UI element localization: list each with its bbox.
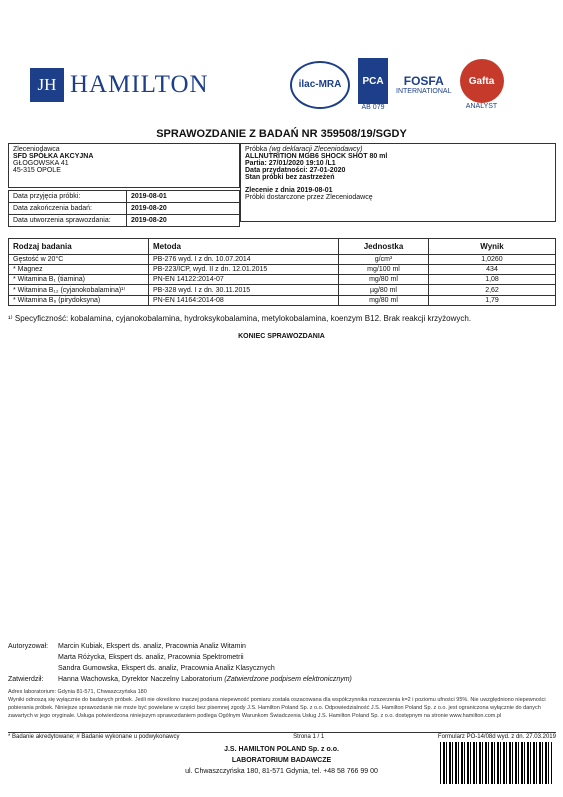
- certification-logos: ilac-MRA PCAAB 079 FOSFAINTERNATIONAL Ga…: [290, 58, 504, 111]
- end-of-report: KONIEC SPRAWOZDANIA: [0, 333, 563, 340]
- page-number: Strona 1 / 1: [293, 734, 324, 740]
- sample-box: Próbka (wg deklaracji Zleceniodawcy) ALL…: [240, 143, 556, 222]
- barcode: [440, 742, 552, 784]
- client-name: SFD SPÓŁKA AKCYJNA: [13, 153, 235, 160]
- client-box: Zleceniodawca SFD SPÓŁKA AKCYJNA GŁOGOWS…: [8, 143, 240, 188]
- footnote: ¹⁾ Specyficzność: kobalamina, cyjanokoba…: [8, 314, 556, 323]
- pca-logo: PCAAB 079: [358, 58, 388, 111]
- table-row: * Witamina B₆ (pirydoksyna)PN-EN 14164:2…: [9, 296, 556, 306]
- sample-name: ALLNUTRITION MGB6 SHOCK SHOT 80 ml: [245, 153, 551, 160]
- fosfa-logo: FOSFAINTERNATIONAL: [396, 74, 452, 95]
- logo-text: HAMILTON: [70, 71, 209, 99]
- table-row: Gęstość w 20°CPB-276 wyd. I z dn. 10.07.…: [9, 255, 556, 265]
- results-table: Rodzaj badania Metoda Jednostka Wynik Gę…: [8, 238, 556, 306]
- table-row: * MagnezPB-223/ICP, wyd. II z dn. 12.01.…: [9, 265, 556, 275]
- legal-disclaimer: Wyniki odnoszą się wyłącznie do badanych…: [8, 696, 556, 720]
- report-title: SPRAWOZDANIE Z BADAŃ NR 359508/19/SGDY: [0, 128, 563, 140]
- hamilton-logo: JH HAMILTON: [30, 68, 209, 102]
- logo-mark: JH: [30, 68, 64, 102]
- table-row: * Witamina B₁₂ (cyjanokobalamina)¹⁾PB-32…: [9, 285, 556, 296]
- gafta-logo: GaftaANALYST: [460, 59, 504, 110]
- ilac-mra-logo: ilac-MRA: [290, 61, 350, 109]
- lab-address: Adres laboratorium: Gdynia 81-571, Chwas…: [8, 688, 556, 696]
- signatures: Autoryzował:Marcin Kubiak, Ekspert ds. a…: [8, 641, 352, 685]
- page-footer: * Badanie akredytowane; # Badanie wykona…: [8, 732, 556, 740]
- dates-box: Data przyjęcia próbki:2019-08-01 Data za…: [8, 190, 240, 227]
- table-row: * Witamina B₁ (tiamina)PN-EN 14122:2014-…: [9, 275, 556, 285]
